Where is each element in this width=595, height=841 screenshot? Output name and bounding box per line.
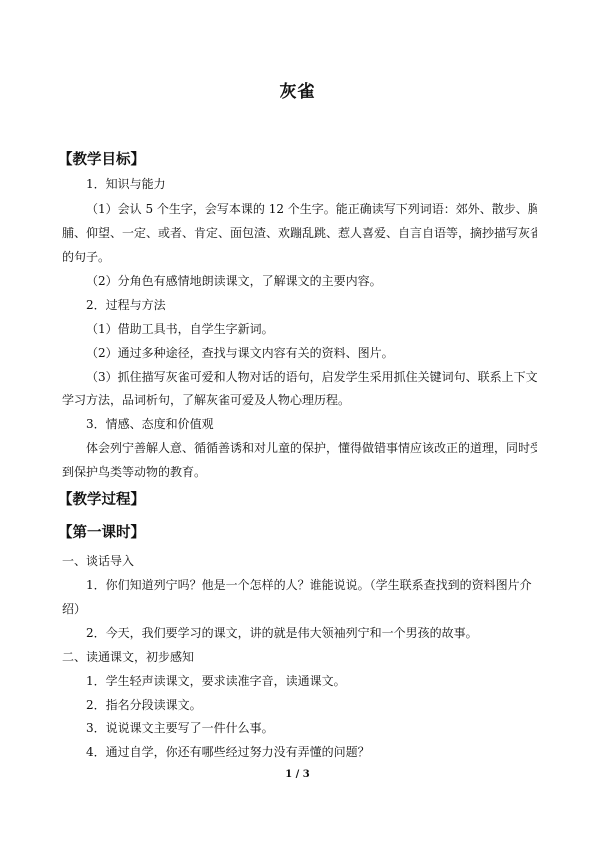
section-heading-teaching-process: 【教学过程】 <box>58 488 145 509</box>
document-page: 灰雀 【教学目标】 1．知识与能力 （1）会认 5 个生字，会写本课的 12 个… <box>0 0 595 841</box>
goal-2-paragraph-3-line-2: 学习方法，品词析句，了解灰雀可爱及人物心理历程。 <box>62 393 537 407</box>
goal-1-paragraph-1-line-3: 的句子。 <box>62 250 537 264</box>
goal-2-paragraph-3-line-1: （3）抓住描写灰雀可爱和人物对话的语句，启发学生采用抓住关键词句、联系上下文的 <box>86 370 537 384</box>
goal-1-paragraph-1-line-2: 脯、仰望、一定、或者、肯定、面包渣、欢蹦乱跳、惹人喜爱、自言自语等，摘抄描写灰雀 <box>62 226 537 240</box>
page-number: 1 / 3 <box>0 769 595 780</box>
document-title: 灰雀 <box>0 77 595 102</box>
goal-1-paragraph-1-line-1: （1）会认 5 个生字，会写本课的 12 个生字。能正确读写下列词语：郊外、散步… <box>86 202 537 216</box>
goal-2-paragraph-2: （2）通过多种途径，查找与课文内容有关的资料、图片。 <box>86 346 537 360</box>
lesson-1-step-1-item-1-line-2: 绍） <box>62 602 537 616</box>
goal-3-paragraph-1-line-2: 到保护鸟类等动物的教育。 <box>62 465 537 479</box>
lesson-1-step-2-item-1: 1．学生轻声读课文，要求读准字音，读通课文。 <box>86 674 537 688</box>
lesson-1-step-2-item-2: 2．指名分段读课文。 <box>86 698 537 712</box>
goal-1-title: 1．知识与能力 <box>86 177 537 191</box>
goal-2-paragraph-1: （1）借助工具书，自学生字新词。 <box>86 322 537 336</box>
goal-2-title: 2．过程与方法 <box>86 298 537 312</box>
lesson-1-step-1-item-2: 2．今天，我们要学习的课文，讲的就是伟大领袖列宁和一个男孩的故事。 <box>86 626 537 640</box>
lesson-1-step-1-title: 一、谈话导入 <box>62 554 537 568</box>
section-heading-first-lesson: 【第一课时】 <box>58 521 145 542</box>
lesson-1-step-2-title: 二、读通课文，初步感知 <box>62 650 537 664</box>
lesson-1-step-2-item-4: 4．通过自学，你还有哪些经过努力没有弄懂的问题？ <box>86 745 537 759</box>
goal-3-title: 3．情感、态度和价值观 <box>86 417 537 431</box>
section-heading-teaching-goals: 【教学目标】 <box>58 148 145 169</box>
lesson-1-step-2-item-3: 3．说说课文主要写了一件什么事。 <box>86 721 537 735</box>
goal-1-paragraph-2: （2）分角色有感情地朗读课文，了解课文的主要内容。 <box>86 274 537 288</box>
goal-3-paragraph-1-line-1: 体会列宁善解人意、循循善诱和对儿童的保护，懂得做错事情应该改正的道理，同时受 <box>86 441 537 455</box>
lesson-1-step-1-item-1-line-1: 1．你们知道列宁吗？他是一个怎样的人？谁能说说。（学生联系查找到的资料图片介 <box>86 578 537 592</box>
